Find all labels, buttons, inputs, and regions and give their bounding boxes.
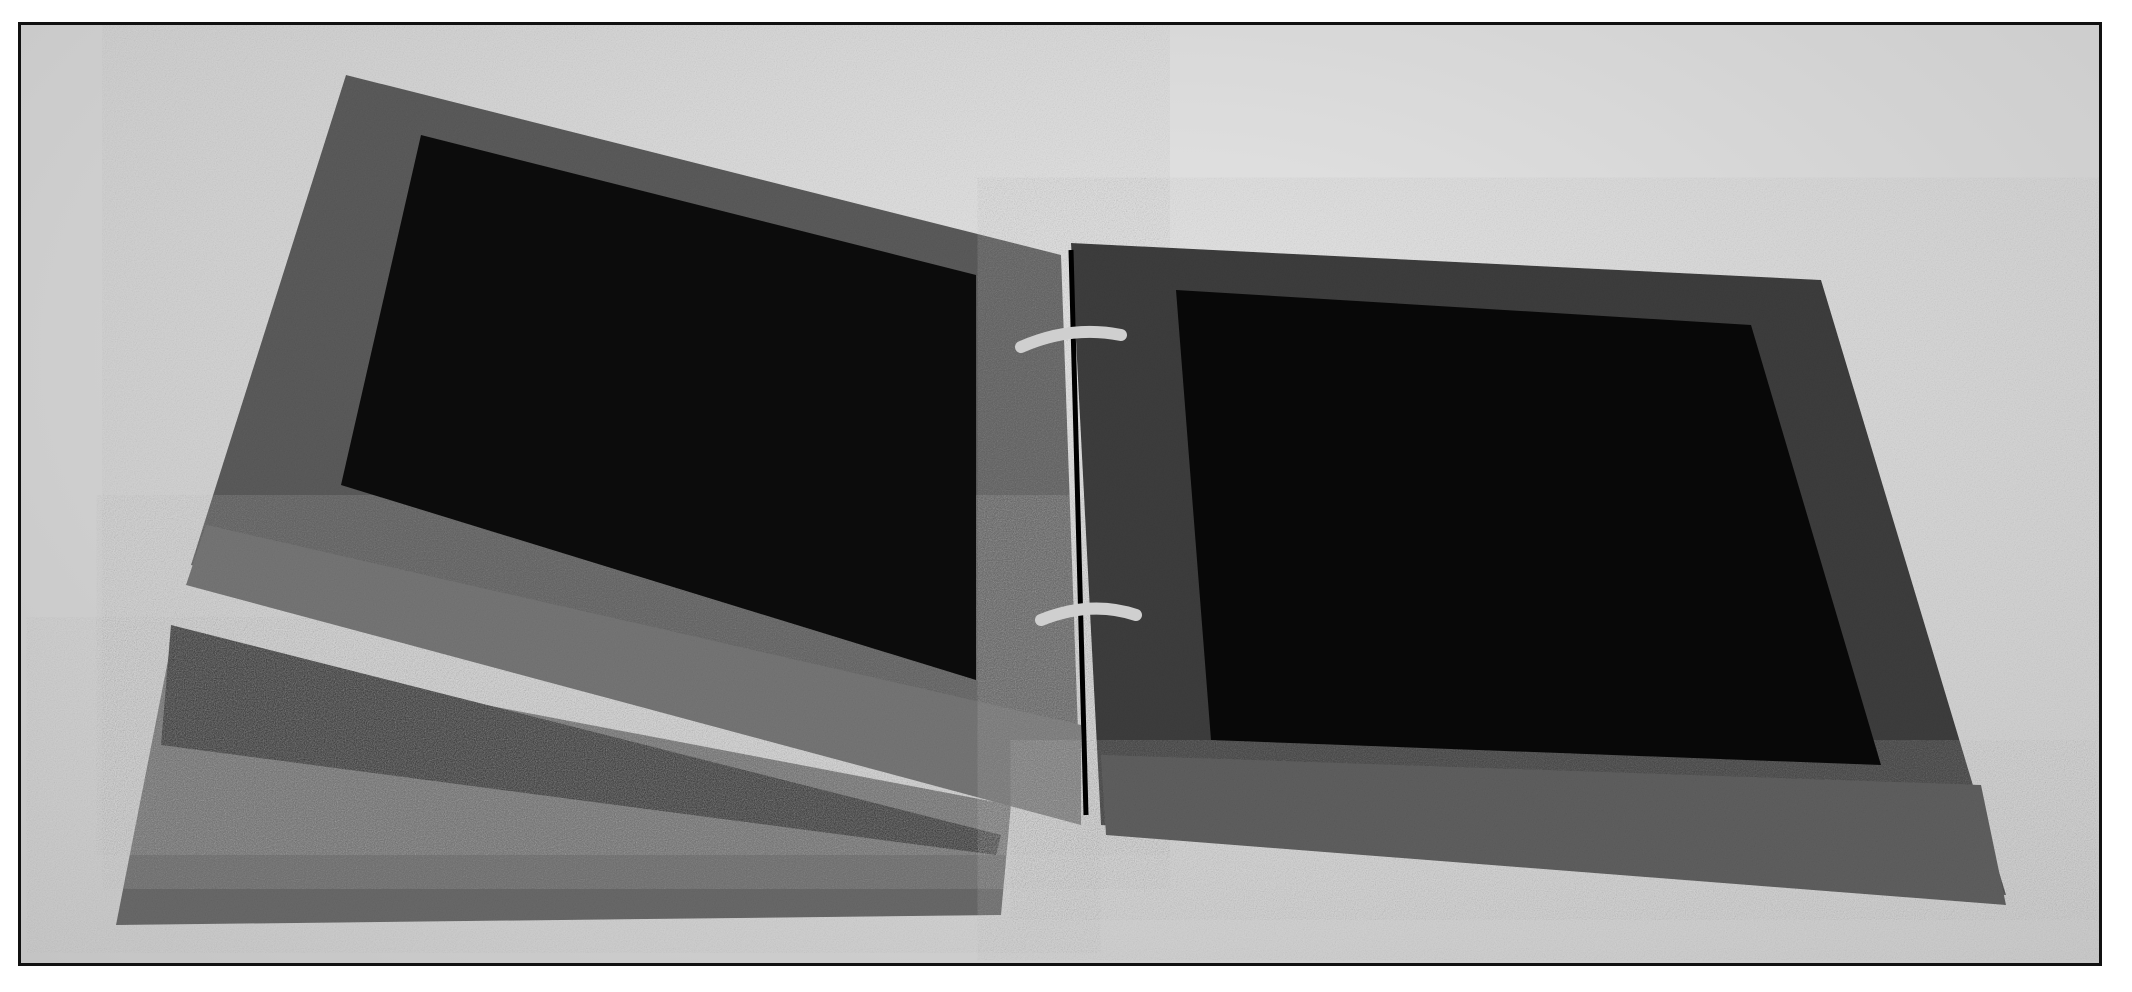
hinged-frame-illustration	[21, 25, 2102, 966]
photograph	[18, 22, 2102, 966]
